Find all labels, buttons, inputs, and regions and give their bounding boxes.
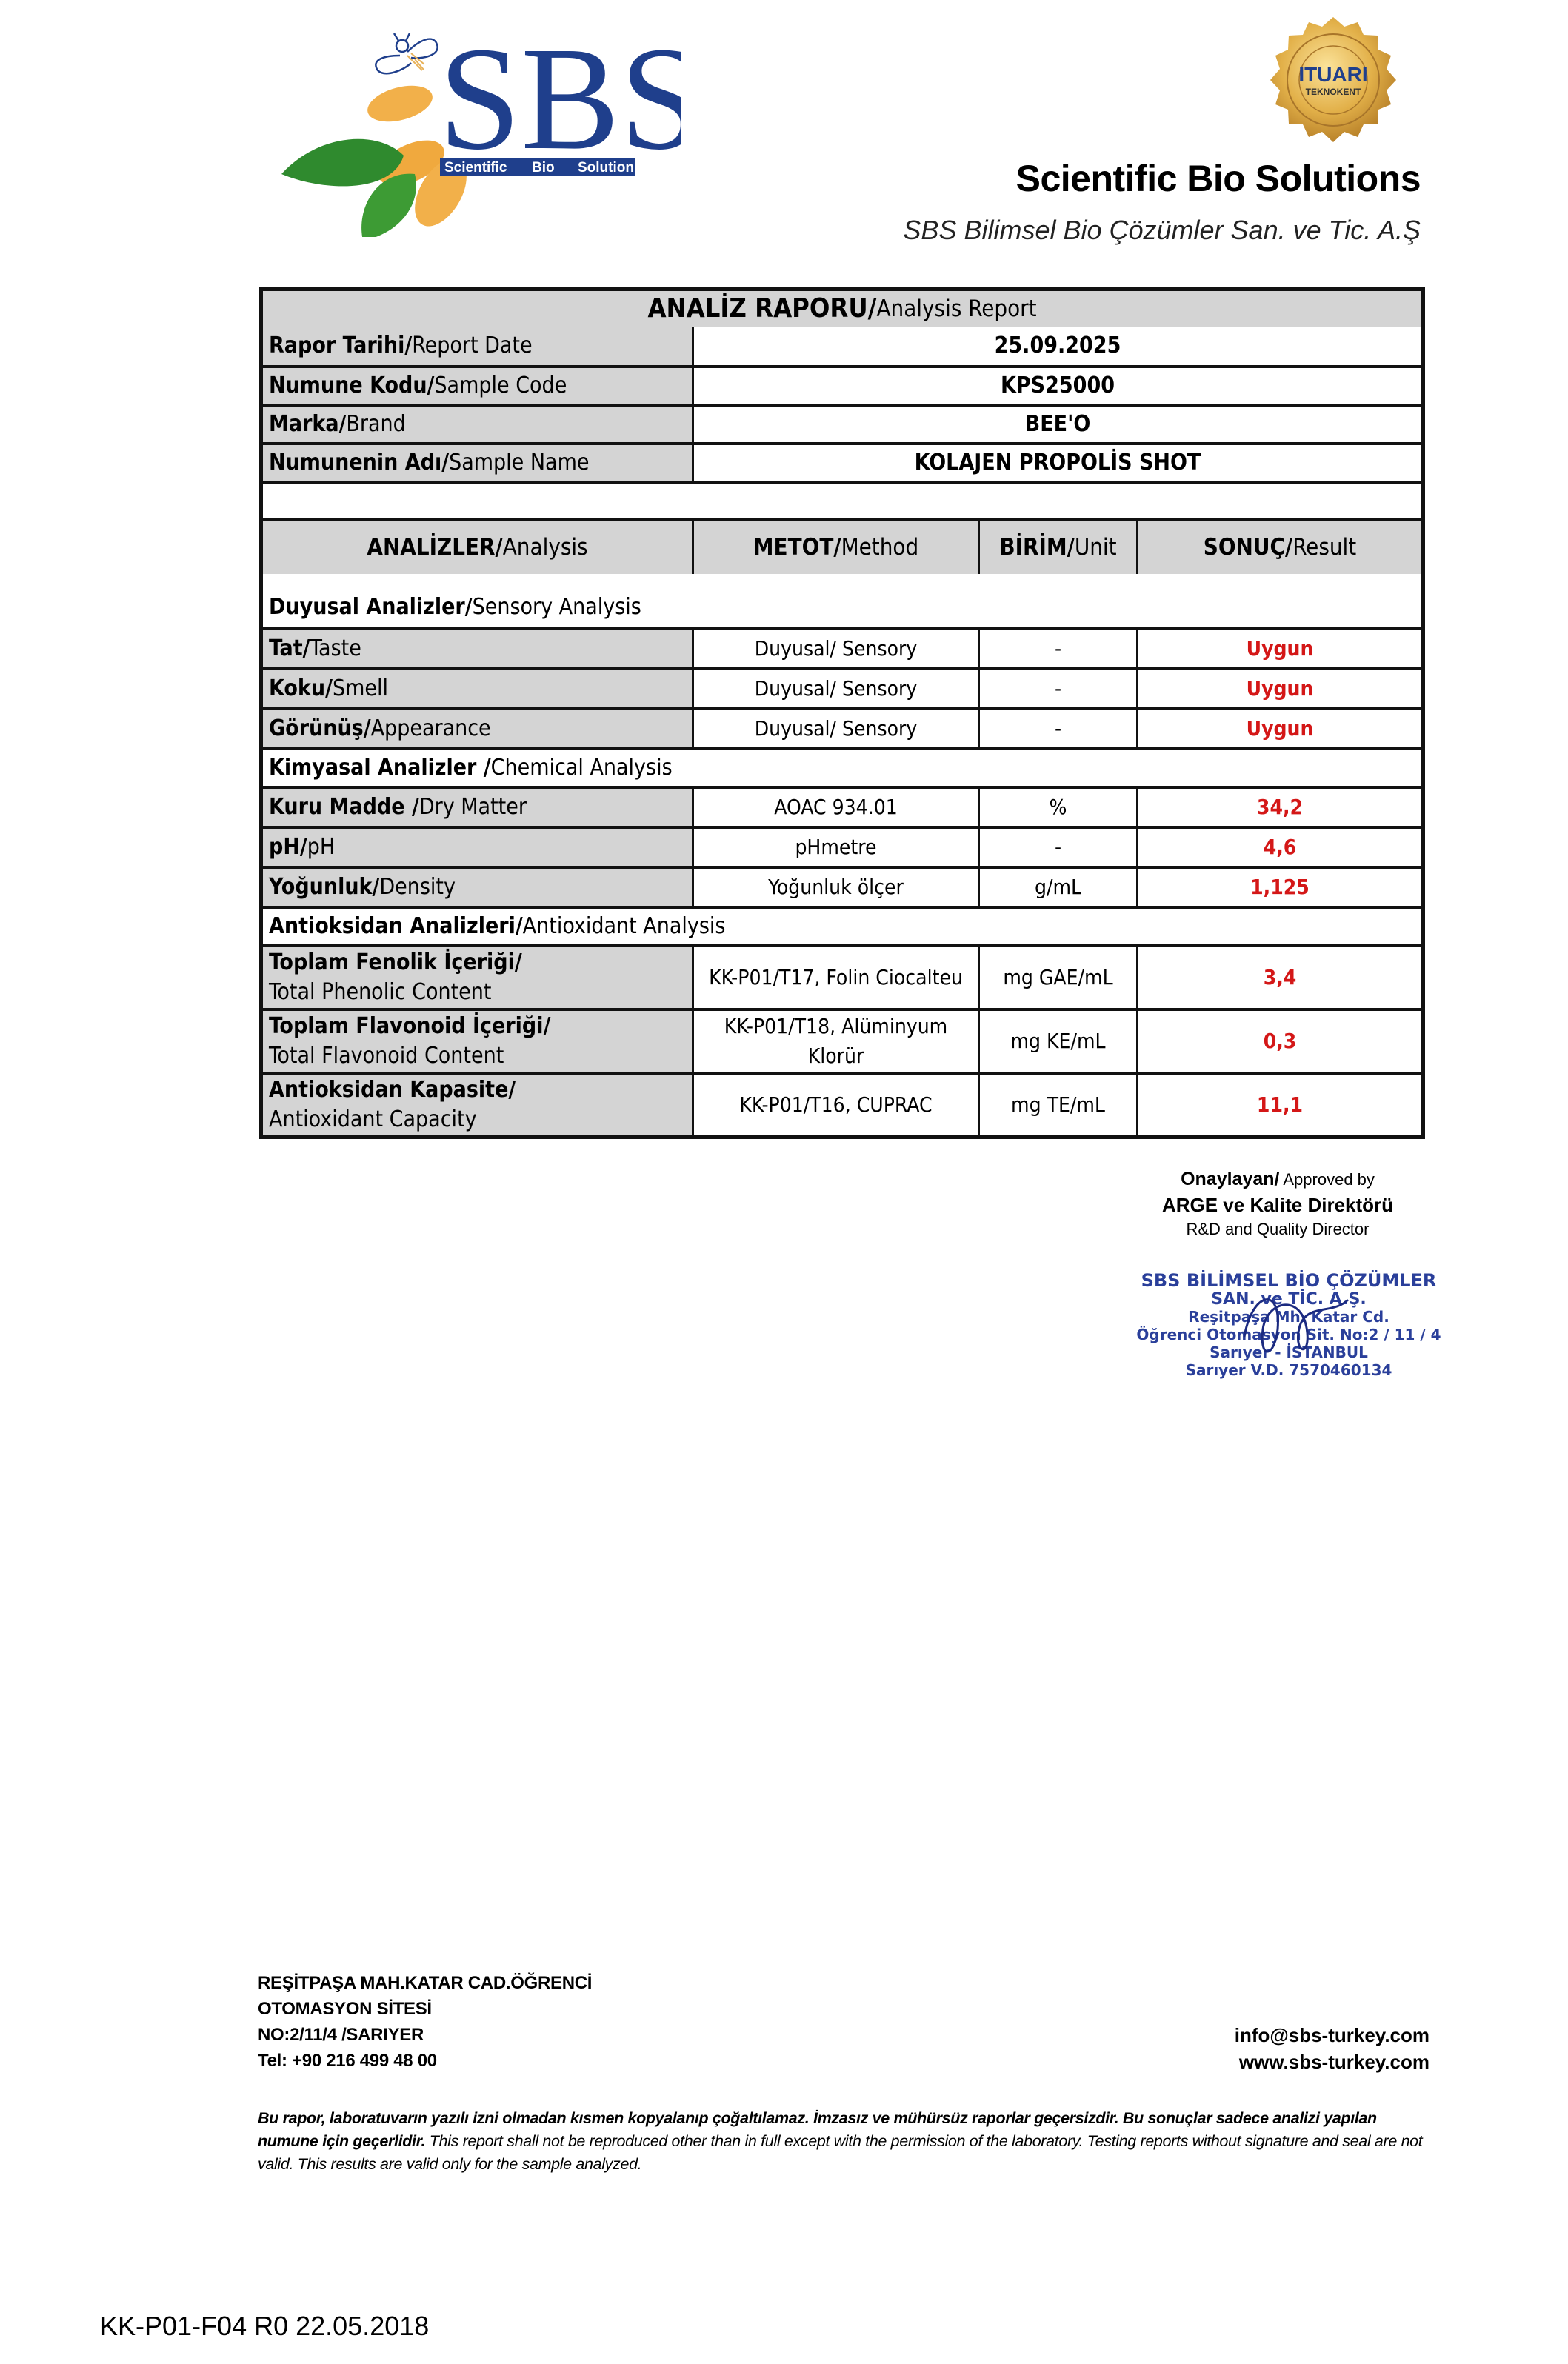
svg-text:Sarıyer - İSTANBUL: Sarıyer - İSTANBUL [1210, 1343, 1368, 1361]
report-title: ANALİZ RAPORU/ Analysis Report [263, 291, 1421, 327]
column-header-result: SONUÇ/ Result [1138, 521, 1421, 574]
address-line: NO:2/11/4 /SARIYER [258, 2022, 592, 2048]
report-title-tr: ANALİZ RAPORU/ [647, 295, 876, 323]
analysis-unit: % [980, 789, 1138, 826]
analysis-result: 3,4 [1138, 947, 1421, 1008]
analysis-result: Uygun [1138, 630, 1421, 667]
analysis-unit: - [980, 710, 1138, 747]
analysis-method: KK-P01/T16, CUPRAC [694, 1075, 980, 1135]
svg-text:SBS BİLİMSEL BİO ÇÖZÜMLER: SBS BİLİMSEL BİO ÇÖZÜMLER [1141, 1270, 1437, 1291]
analysis-method: Duyusal/ Sensory [694, 710, 980, 747]
phone-number: Tel: +90 216 499 48 00 [258, 2048, 592, 2074]
info-value: KOLAJEN PROPOLİS SHOT [694, 445, 1421, 481]
spacer-row [263, 481, 1421, 518]
email-link[interactable]: info@sbs-turkey.com [1111, 2022, 1429, 2049]
analysis-unit: g/mL [980, 869, 1138, 906]
info-row: Marka/ BrandBEE'O [263, 404, 1421, 442]
contact-info: info@sbs-turkey.com www.sbs-turkey.com [1111, 2022, 1429, 2075]
company-address: REŞİTPAŞA MAH.KATAR CAD.ÖĞRENCİ OTOMASYO… [258, 1970, 592, 2074]
company-name: Scientific Bio Solutions [815, 157, 1421, 200]
analysis-row: pH/ pHpHmetre-4,6 [263, 826, 1421, 866]
analysis-unit: - [980, 829, 1138, 866]
info-row: Rapor Tarihi/ Report Date25.09.2025 [263, 327, 1421, 365]
analysis-name: Toplam Fenolik İçeriği/Total Phenolic Co… [263, 947, 694, 1008]
report-title-en: Analysis Report [876, 295, 1036, 323]
section-title-row: Duyusal Analizler/ Sensory Analysis [263, 574, 1421, 627]
info-value: 25.09.2025 [694, 327, 1421, 365]
svg-text:TEKNOKENT: TEKNOKENT [1306, 87, 1361, 97]
svg-text:Scientific: Scientific [444, 160, 507, 176]
svg-text:Sarıyer V.D. 7570460134: Sarıyer V.D. 7570460134 [1186, 1361, 1392, 1379]
column-header-unit: BİRİM/ Unit [980, 521, 1138, 574]
analysis-method: pHmetre [694, 829, 980, 866]
analysis-unit: mg TE/mL [980, 1075, 1138, 1135]
analysis-method: Yoğunluk ölçer [694, 869, 980, 906]
svg-text:Bio: Bio [532, 160, 555, 176]
approver-title-en: R&D and Quality Director [1111, 1220, 1444, 1239]
svg-text:ITUARI: ITUARI [1298, 63, 1367, 86]
analysis-row: Yoğunluk/ DensityYoğunluk ölçerg/mL1,125 [263, 866, 1421, 906]
section-title: Duyusal Analizler/ Sensory Analysis [263, 574, 1421, 627]
info-row: Numune Kodu/ Sample CodeKPS25000 [263, 365, 1421, 404]
analysis-name: Antioksidan Kapasite/Antioxidant Capacit… [263, 1075, 694, 1135]
analysis-unit: - [980, 630, 1138, 667]
analysis-row: Tat/ TasteDuyusal/ Sensory-Uygun [263, 627, 1421, 667]
svg-text:Solutions: Solutions [578, 160, 642, 176]
analysis-result: Uygun [1138, 710, 1421, 747]
report-title-row: ANALİZ RAPORU/ Analysis Report [263, 291, 1421, 327]
svg-text:Öğrenci Otomasyon Sit. No:2 /: Öğrenci Otomasyon Sit. No:2 / 11 / 4 [1136, 1326, 1441, 1343]
address-line: REŞİTPAŞA MAH.KATAR CAD.ÖĞRENCİ [258, 1970, 592, 1996]
form-code: KK-P01-F04 R0 22.05.2018 [100, 2311, 429, 2342]
column-header-row: ANALİZLER/ Analysis METOT/ Method BİRİM/… [263, 518, 1421, 574]
company-stamp-signature-icon: SBS BİLİMSEL BİO ÇÖZÜMLER SAN. ve TİC. A… [1133, 1270, 1444, 1389]
section-title: Kimyasal Analizler / Chemical Analysis [263, 750, 1421, 786]
analysis-method: Duyusal/ Sensory [694, 670, 980, 707]
company-subtitle: SBS Bilimsel Bio Çözümler San. ve Tic. A… [741, 215, 1421, 246]
analysis-name: Tat/ Taste [263, 630, 694, 667]
analysis-row: Toplam Fenolik İçeriği/Total Phenolic Co… [263, 944, 1421, 1008]
analysis-unit: mg GAE/mL [980, 947, 1138, 1008]
spacer-cell [263, 484, 1421, 518]
address-line: OTOMASYON SİTESİ [258, 1996, 592, 2022]
analysis-name: pH/ pH [263, 829, 694, 866]
analysis-unit: mg KE/mL [980, 1011, 1138, 1072]
analysis-name: Koku/ Smell [263, 670, 694, 707]
column-header-method: METOT/ Method [694, 521, 980, 574]
disclaimer-en: This report shall not be reproduced othe… [258, 2132, 1422, 2173]
analysis-name: Kuru Madde / Dry Matter [263, 789, 694, 826]
analysis-name: Görünüş/ Appearance [263, 710, 694, 747]
info-label: Rapor Tarihi/ Report Date [263, 327, 694, 365]
analysis-method: Duyusal/ Sensory [694, 630, 980, 667]
ituari-teknokent-seal-icon: ITUARI TEKNOKENT [1252, 13, 1415, 154]
analysis-row: Görünüş/ AppearanceDuyusal/ Sensory-Uygu… [263, 707, 1421, 747]
analysis-result: 0,3 [1138, 1011, 1421, 1072]
analysis-result: Uygun [1138, 670, 1421, 707]
svg-text:Reşitpaşa Mh. Katar Cd.: Reşitpaşa Mh. Katar Cd. [1188, 1308, 1389, 1326]
info-label: Numunenin Adı/ Sample Name [263, 445, 694, 481]
section-title: Antioksidan Analizleri/ Antioxidant Anal… [263, 909, 1421, 944]
sbs-logo-icon: SBS Scientific Bio Solutions [267, 15, 681, 237]
info-label: Numune Kodu/ Sample Code [263, 368, 694, 404]
analysis-result: 1,125 [1138, 869, 1421, 906]
section-title-row: Kimyasal Analizler / Chemical Analysis [263, 747, 1421, 786]
column-header-analysis: ANALİZLER/ Analysis [263, 521, 694, 574]
disclaimer-text: Bu rapor, laboratuvarın yazılı izni olma… [258, 2107, 1435, 2176]
info-value: BEE'O [694, 407, 1421, 442]
analysis-row: Kuru Madde / Dry MatterAOAC 934.01%34,2 [263, 786, 1421, 826]
section-title-row: Antioksidan Analizleri/ Antioxidant Anal… [263, 906, 1421, 944]
analysis-name: Yoğunluk/ Density [263, 869, 694, 906]
svg-text:SBS: SBS [438, 17, 681, 181]
analysis-result: 4,6 [1138, 829, 1421, 866]
analysis-row: Toplam Flavonoid İçeriği/Total Flavonoid… [263, 1008, 1421, 1072]
website-link[interactable]: www.sbs-turkey.com [1111, 2049, 1429, 2075]
analysis-row: Koku/ SmellDuyusal/ Sensory-Uygun [263, 667, 1421, 707]
analysis-method: KK-P01/T17, Folin Ciocalteu [694, 947, 980, 1008]
analysis-result: 34,2 [1138, 789, 1421, 826]
approved-by-label: Onaylayan/ Approved by [1111, 1169, 1444, 1190]
analysis-method: AOAC 934.01 [694, 789, 980, 826]
info-row: Numunenin Adı/ Sample NameKOLAJEN PROPOL… [263, 442, 1421, 481]
info-value: KPS25000 [694, 368, 1421, 404]
analysis-method: KK-P01/T18, Alüminyum Klorür [694, 1011, 980, 1072]
analysis-report-table: ANALİZ RAPORU/ Analysis Report Rapor Tar… [259, 287, 1425, 1139]
analysis-name: Toplam Flavonoid İçeriği/Total Flavonoid… [263, 1011, 694, 1072]
analysis-result: 11,1 [1138, 1075, 1421, 1135]
info-label: Marka/ Brand [263, 407, 694, 442]
analysis-unit: - [980, 670, 1138, 707]
analysis-row: Antioksidan Kapasite/Antioxidant Capacit… [263, 1072, 1421, 1135]
approver-title-tr: ARGE ve Kalite Direktörü [1111, 1194, 1444, 1217]
